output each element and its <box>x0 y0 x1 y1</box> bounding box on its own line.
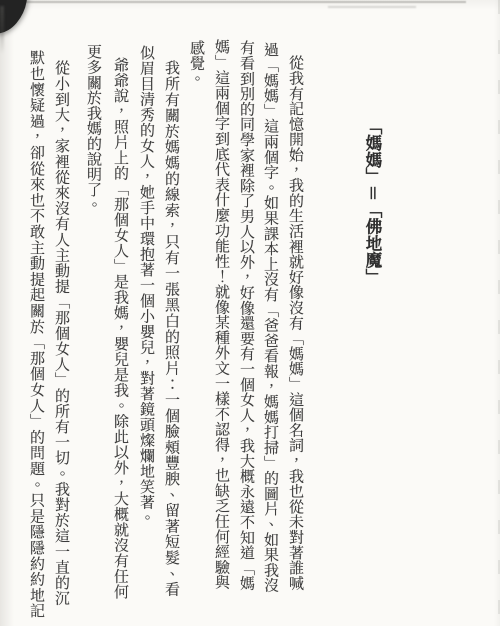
text-column-1: 從我有記憶開始，我的生活裡就好像沒有「媽媽」這個名詞，我也從未對著誰喊 <box>286 55 303 591</box>
text-column-9: 更多關於我媽的說明了。 <box>84 44 101 212</box>
text-column-10: 從小到大，家裡從來沒有人主動提「那個女人」的所有一切。我對於這一直的沉 <box>52 60 69 606</box>
text-column-3: 有看到別的同學家裡除了男人以外，好像還要有一個女人，我大概永遠不知道「媽 <box>237 40 254 591</box>
scan-edge-shadow <box>0 6 4 54</box>
text-column-4: 媽」這兩個字到底代表什麼功能性！就像某種外文一樣不認得，也缺乏任何經驗與 <box>212 39 229 590</box>
book-page: 「媽媽」＝「佛地魔」 從我有記憶開始，我的生活裡就好像沒有「媽媽」這個名詞，我也… <box>0 0 500 626</box>
scan-top-streak <box>0 1 466 3</box>
text-column-5: 感覺。 <box>187 40 204 86</box>
text-column-11: 默也懷疑過，卻從來也不敢主動提起關於「那個女人」的問題。只是隱隱約約地記 <box>27 50 44 619</box>
text-column-6: 我所有關於媽媽的線索，只有一張黑白的照片：一個臉頰豐腴、留著短髮、看 <box>162 60 179 597</box>
text-column-7: 似眉目清秀的女人，她手中環抱著一個小嬰兒，對著鏡頭燦爛地笑著。 <box>137 45 154 526</box>
text-column-2: 過「媽媽」這兩個字。如果課本上沒有「爸爸看報，媽媽打掃」的圖片、如果我沒 <box>261 42 278 593</box>
scan-top-streak-2 <box>328 6 416 8</box>
chapter-title: 「媽媽」＝「佛地魔」 <box>364 118 381 285</box>
scan-corner-artifact <box>0 0 36 41</box>
text-column-8: 爺爺說，照片上的「那個女人」是我媽，嬰兒是我。除此以外，大概就沒有任何 <box>111 57 128 600</box>
